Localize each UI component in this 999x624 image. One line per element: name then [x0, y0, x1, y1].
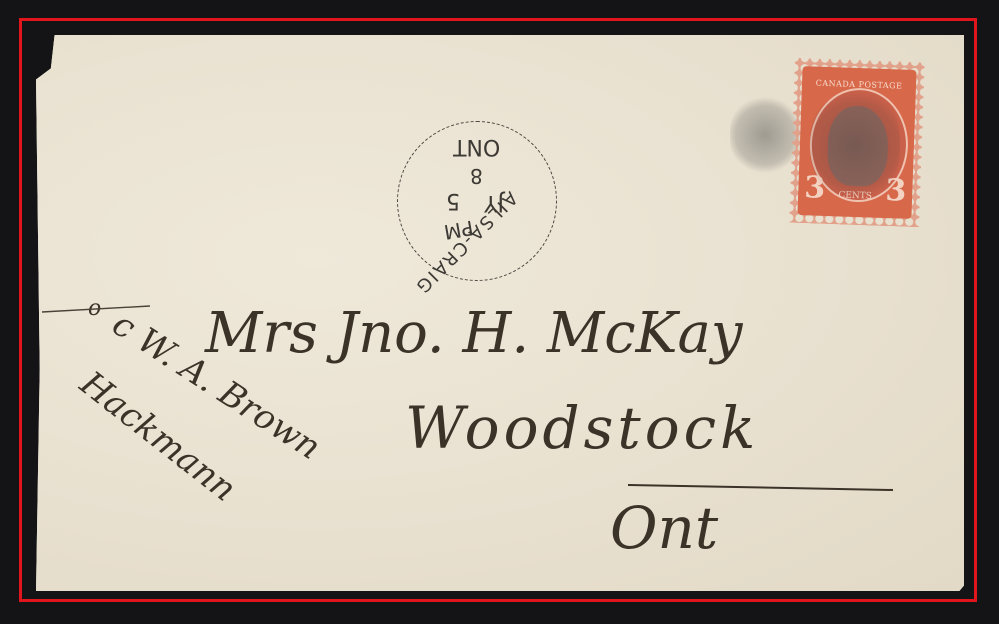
address-line-3: Ont	[610, 494, 719, 562]
address-line-1: Mrs Jno. H. McKay	[204, 301, 744, 366]
address-line-2: Woodstock	[405, 394, 759, 462]
handwriting-layer: Mrs Jno. H. McKay Woodstock Ont o c W. A…	[0, 0, 999, 624]
underline-stroke	[628, 485, 893, 490]
